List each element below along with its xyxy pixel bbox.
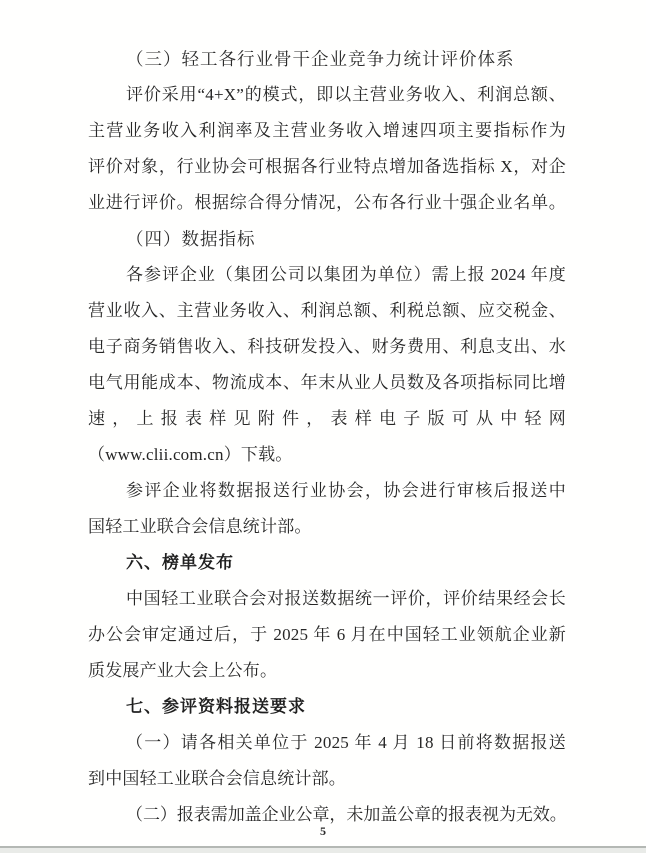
text-line: 电气用能成本、物流成本、年末从业人员数及各项指标同比增: [88, 365, 566, 401]
text-line: 评价采用“4+X”的模式，即以主营业务收入、利润总额、: [88, 77, 566, 113]
text-line: 国轻工业联合会信息统计部。: [88, 509, 566, 545]
section-heading: 六、榜单发布: [88, 545, 566, 581]
text-line: 业进行评价。根据综合得分情况，公布各行业十强企业名单。: [88, 185, 566, 221]
text-line: （www.clii.com.cn）下载。: [88, 437, 566, 473]
sub-section-heading: （四）数据指标: [88, 221, 566, 257]
text-line: （一）请各相关单位于 2025 年 4 月 18 日前将数据报送: [88, 725, 566, 761]
text-line: 到中国轻工业联合会信息统计部。: [88, 761, 566, 797]
text-line: 各参评企业（集团公司以集团为单位）需上报 2024 年度: [88, 257, 566, 293]
text-line: 营业收入、主营业务收入、利润总额、利税总额、应交税金、: [88, 293, 566, 329]
text-line: 质发展产业大会上公布。: [88, 653, 566, 689]
page-number: 5: [0, 824, 646, 839]
text-lines: （三）轻工各行业骨干企业竞争力统计评价体系评价采用“4+X”的模式，即以主营业务…: [88, 41, 566, 833]
text-line: 参评企业将数据报送行业协会，协会进行审核后报送中: [88, 473, 566, 509]
text-line: 主营业务收入利润率及主营业务收入增速四项主要指标作为: [88, 113, 566, 149]
scan-edge-fill: [0, 848, 646, 853]
text-line: 中国轻工业联合会对报送数据统一评价，评价结果经会长: [88, 581, 566, 617]
document-page: （三）轻工各行业骨干企业竞争力统计评价体系评价采用“4+X”的模式，即以主营业务…: [0, 0, 646, 853]
section-heading: 七、参评资料报送要求: [88, 689, 566, 725]
text-line: 办公会审定通过后，于 2025 年 6 月在中国轻工业领航企业新: [88, 617, 566, 653]
text-line: 评价对象，行业协会可根据各行业特点增加备选指标 X，对企: [88, 149, 566, 185]
text-line: 电子商务销售收入、科技研发投入、财务费用、利息支出、水: [88, 329, 566, 365]
text-line: 速，上报表样见附件，表样电子版可从中轻网: [88, 401, 566, 437]
sub-section-heading: （三）轻工各行业骨干企业竞争力统计评价体系: [88, 41, 566, 77]
